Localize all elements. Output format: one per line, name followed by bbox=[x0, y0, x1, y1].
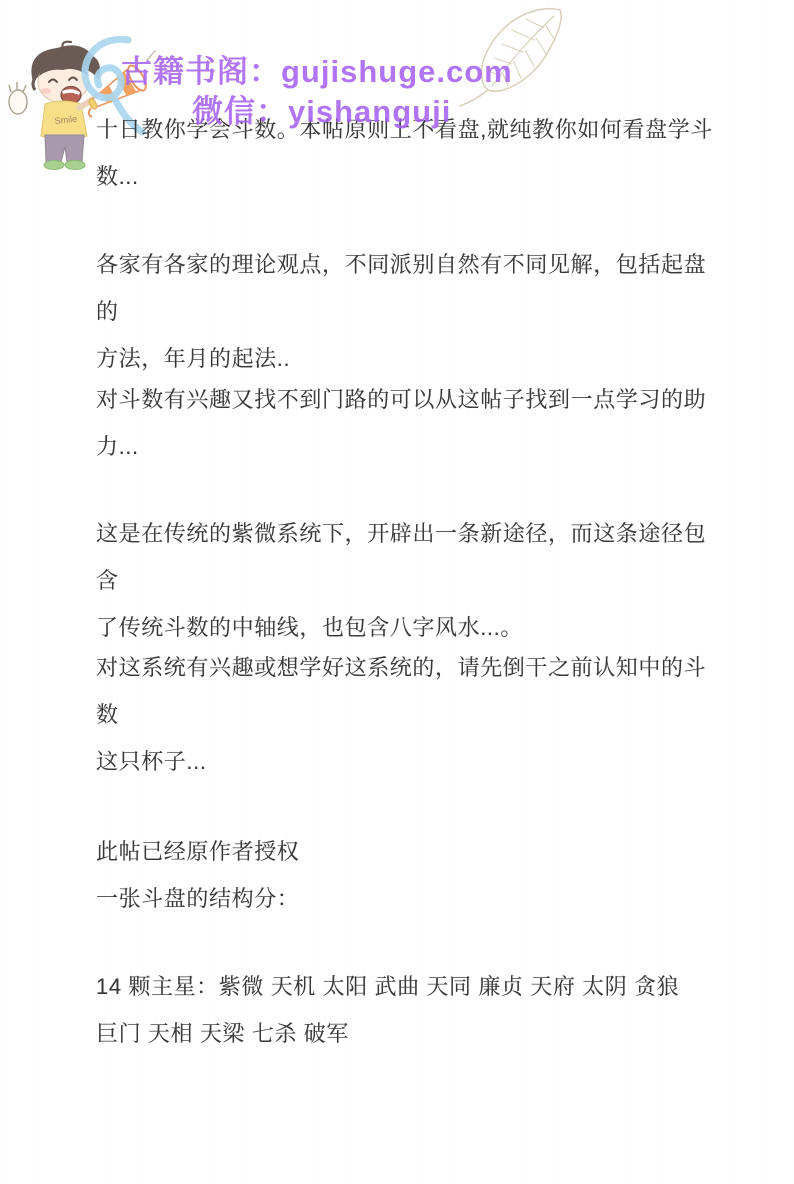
paragraph-beginners: 对斗数有兴趣又找不到门路的可以从这帖子找到一点学习的助 力... bbox=[96, 376, 724, 470]
document-page: Smile 古籍书阁：gujishuge.com 微信：yishan bbox=[0, 0, 794, 1184]
watermark-site-line: 古籍书阁：gujishuge.com bbox=[121, 53, 513, 91]
paragraph-main-stars: 14 颗主星：紫微 天机 太阳 武曲 天同 廉贞 天府 太阴 贪狼 巨门 天相 … bbox=[96, 963, 724, 1057]
paragraph-authorized: 此帖已经原作者授权 一张斗盘的结构分： bbox=[96, 828, 724, 922]
paragraph-new-path: 这是在传统的紫微系统下，开辟出一条新途径，而这条途径包含 了传统斗数的中轴线，也… bbox=[96, 510, 724, 651]
paragraph-empty-cup: 对这系统有兴趣或想学好这系统的，请先倒干之前认知中的斗数 这只杯子... bbox=[96, 644, 724, 785]
paragraph-schools: 各家有各家的理论观点，不同派别自然有不同见解，包括起盘的 方法，年月的起法.. bbox=[96, 241, 724, 382]
watermark-wechat-line: 微信：yishanguji bbox=[192, 93, 451, 131]
